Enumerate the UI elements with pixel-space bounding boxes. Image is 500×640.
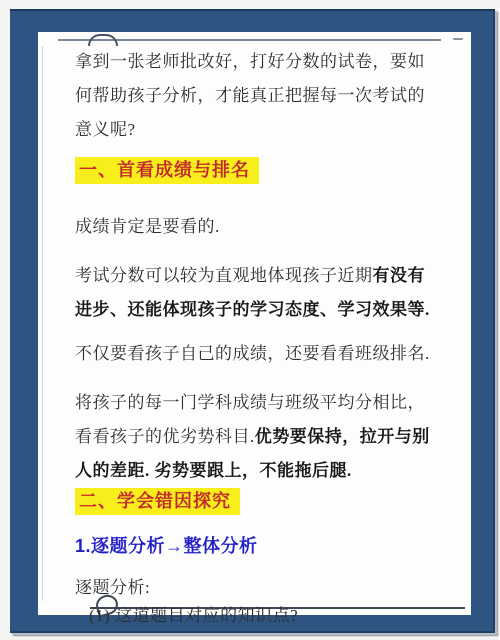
section-1-heading-row: 一、首看成绩与排名 (75, 157, 441, 184)
analysis-item-1-text: (1) 这道题目对应的知识点? (89, 606, 298, 625)
document-page: 拿到一张老师批改好，打好分数的试卷，要如何帮助孩子分析，才能真正把握每一次考试的… (38, 32, 471, 615)
analysis-label-text: 逐题分析: (75, 578, 150, 597)
section-2-heading: 二、学会错因探究 (75, 488, 240, 515)
analysis-item-1: (1) 这道题目对应的知识点? (75, 602, 441, 630)
paragraph-subject: 将孩子的每一门学科成绩与班级平均分相比，看看孩子的优劣势科目.优势要保持，拉开与… (75, 386, 441, 488)
document-content: 拿到一张老师批改好，打好分数的试卷，要如何帮助孩子分析，才能真正把握每一次考试的… (38, 32, 471, 615)
intro-paragraph: 拿到一张老师批改好，打好分数的试卷，要如何帮助孩子分析，才能真正把握每一次考试的… (75, 45, 441, 147)
subheading-analysis-flow: 1.逐题分析→整体分析 (75, 537, 441, 555)
paragraph-rank-text: 不仅要看孩子自己的成绩，还要看看班级排名. (75, 344, 430, 363)
subheading-text: 1.逐题分析→整体分析 (75, 536, 258, 556)
paragraph-score: 成绩肯定是要看的. (75, 210, 441, 244)
paragraph-rank: 不仅要看孩子自己的成绩，还要看看班级排名. (75, 337, 441, 371)
paragraph-exam: 考试分数可以较为直观地体现孩子近期有没有进步、还能体现孩子的学习态度、学习效果等… (75, 259, 441, 327)
analysis-label: 逐题分析: (75, 574, 441, 602)
screenshot-canvas: 拿到一张老师批改好，打好分数的试卷，要如何帮助孩子分析，才能真正把握每一次考试的… (0, 0, 500, 640)
section-2-heading-row: 二、学会错因探究 (75, 488, 441, 515)
paragraph-score-text: 成绩肯定是要看的. (75, 217, 220, 236)
paragraph-exam-normal: 考试分数可以较为直观地体现孩子近期 (75, 266, 373, 285)
section-1-heading: 一、首看成绩与排名 (75, 157, 259, 184)
picture-frame: 拿到一张老师批改好，打好分数的试卷，要如何帮助孩子分析，才能真正把握每一次考试的… (10, 9, 495, 633)
intro-text: 拿到一张老师批改好，打好分数的试卷，要如何帮助孩子分析，才能真正把握每一次考试的… (75, 52, 425, 139)
